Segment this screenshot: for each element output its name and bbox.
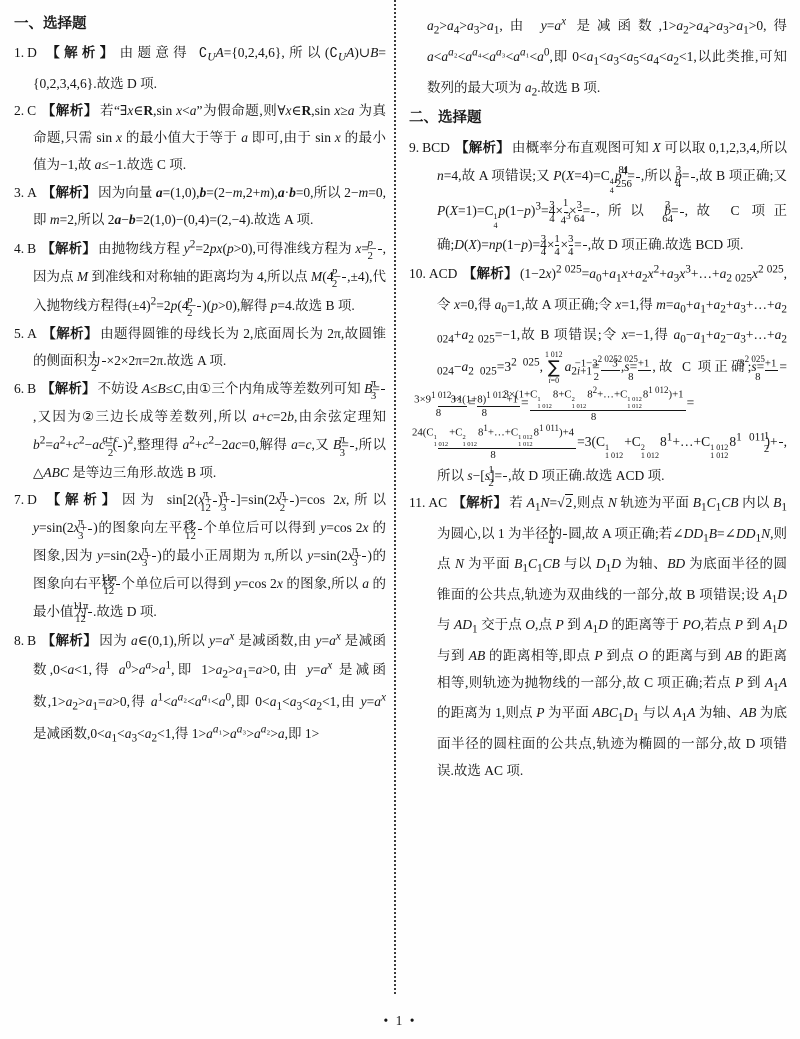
answer-letters: D (27, 492, 37, 507)
question-number: 5. (14, 326, 24, 341)
answer-item: 10.ACD【解析】(1−2x)2 025=a0+a1x+a2x2+a3x3+…… (409, 259, 787, 490)
question-number: 6. (14, 381, 24, 396)
answer-letters: C (27, 103, 36, 118)
answer-letters: ACD (429, 266, 458, 281)
answer-item: 3.A【解析】因为向量 a=(1,0),b=(2−m,2+m),a·b=0,所以… (14, 179, 386, 234)
question-number: 11. (409, 495, 425, 510)
answer-letters: B (27, 633, 36, 648)
analysis-label: 【解析】 (41, 381, 95, 396)
answer-item: 11.AC【解析】若 A1N=√2,则点 N 轨迹为平面 B1C1CB 内以 B… (409, 489, 787, 784)
answer-letters: BCD (422, 140, 450, 155)
analysis-label: 【解析】 (42, 185, 96, 200)
answer-key-page: 一、选择题1.D【解析】由题意得 ∁UA={0,2,4,6},所以(∁UA)∪B… (0, 0, 800, 1039)
analysis-label: 【解析】 (455, 140, 510, 155)
answer-explanation: 由概率分布直观图可知 X 可以取 0,1,2,3,4,所以 n=4,故 A 项错… (437, 140, 787, 252)
answer-explanation: (1−2x)2 025=a0+a1x+a2x2+a3x3+…+a2 025x2 … (437, 266, 787, 483)
answer-item: 4.B【解析】由抛物线方程 y2=2px(p>0),可得准线方程为 x=−p2,… (14, 233, 386, 319)
answer-item: 9.BCD【解析】由概率分布直观图可知 X 可以取 0,1,2,3,4,所以 n… (409, 134, 787, 259)
section-heading: 一、选择题 (14, 10, 386, 39)
question-number: 1. (14, 45, 24, 60)
answer-explanation: 若 A1N=√2,则点 N 轨迹为平面 B1C1CB 内以 B1 为圆心,以 1… (437, 495, 787, 777)
answer-letters: B (27, 381, 36, 396)
analysis-label: 【解析】 (42, 326, 98, 341)
question-number: 2. (14, 103, 24, 118)
question-number: 10. (409, 266, 426, 281)
answer-letters: B (27, 241, 36, 256)
section-heading: 二、选择题 (409, 104, 787, 133)
left-column: 一、选择题1.D【解析】由题意得 ∁UA={0,2,4,6},所以(∁UA)∪B… (14, 10, 386, 1000)
answer-item: 7.D【解析】因为 sin[2(x+π12)+π3]=sin(2x+π2)=co… (14, 486, 386, 625)
question-number: 7. (14, 492, 24, 507)
analysis-label: 【解析】 (462, 266, 518, 281)
answer-continuation: a2>a4>a3>a1,由 y=ax 是减函数,1>a2>a4>a3>a1>0,… (409, 10, 787, 104)
answer-explanation: a2>a4>a3>a1,由 y=ax 是减函数,1>a2>a4>a3>a1>0,… (427, 18, 787, 95)
analysis-label: 【解析】 (452, 495, 507, 510)
analysis-label: 【解析】 (41, 103, 98, 118)
answer-letters: D (27, 45, 37, 60)
analysis-label: 【解析】 (41, 633, 97, 648)
answer-explanation: 因为 a∈(0,1),所以 y=ax 是减函数,由 y=ax 是减函数,0<a<… (33, 633, 386, 741)
answer-item: 1.D【解析】由题意得 ∁UA={0,2,4,6},所以(∁UA)∪B={0,2… (14, 39, 386, 97)
answer-letters: AC (428, 495, 447, 510)
answer-letters: A (27, 185, 37, 200)
answer-item: 5.A【解析】由题得圆锥的母线长为 2,底面周长为 2π,故圆锥的侧面积为12×… (14, 320, 386, 375)
column-divider (394, 0, 396, 994)
answer-item: 6.B【解析】不妨设 A≤B≤C,由①三个内角成等差数列可知 B=π3,又因为②… (14, 375, 386, 487)
answer-explanation: 因为 sin[2(x+π12)+π3]=sin(2x+π2)=cos 2x,所以… (33, 492, 386, 618)
page-number: • 1 • (0, 1013, 800, 1029)
question-number: 9. (409, 140, 419, 155)
answer-item: 8.B【解析】因为 a∈(0,1),所以 y=ax 是减函数,由 y=ax 是减… (14, 626, 386, 750)
question-number: 8. (14, 633, 24, 648)
analysis-label: 【解析】 (41, 241, 96, 256)
answer-letters: A (27, 326, 37, 341)
answer-item: 2.C【解析】若“∃x∈R,sin x<a”为假命题,则∀x∈R,sin x≥a… (14, 97, 386, 179)
question-number: 3. (14, 185, 24, 200)
analysis-label: 【解析】 (42, 45, 118, 60)
right-column: a2>a4>a3>a1,由 y=ax 是减函数,1>a2>a4>a3>a1>0,… (409, 10, 787, 1000)
analysis-label: 【解析】 (42, 492, 120, 507)
question-number: 4. (14, 241, 24, 256)
